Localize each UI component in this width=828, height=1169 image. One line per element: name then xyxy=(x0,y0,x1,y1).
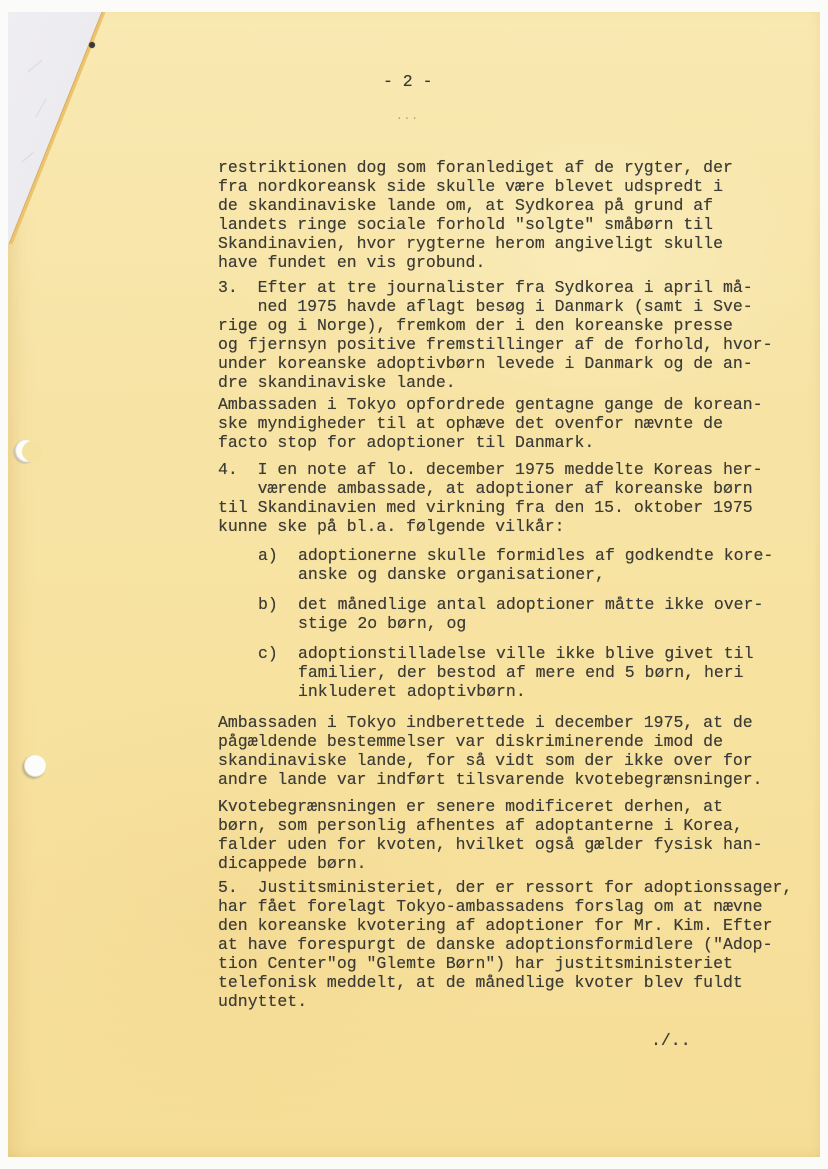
condition-text-c: adoptionstilladelse ville ikke blive giv… xyxy=(298,644,798,701)
condition-text-b: det månedlige antal adoptioner måtte ikk… xyxy=(298,595,798,633)
paragraph-intro: restriktionen dog som foranlediget af de… xyxy=(218,158,828,272)
document-scan: - 2 - ... restriktionen dog som foranled… xyxy=(0,0,828,1169)
continuation-mark: ./.. xyxy=(651,1031,691,1050)
condition-marker-b: b) xyxy=(258,595,298,614)
typewritten-content: - 2 - ... restriktionen dog som foranled… xyxy=(0,0,828,1169)
paragraph-point-3: 3. Efter at tre journalister fra Sydkore… xyxy=(218,278,828,392)
paragraph-quota-modification: Kvotebegrænsningen er senere modificeret… xyxy=(218,797,828,873)
paragraph-tokyo-report: Ambassaden i Tokyo indberettede i decemb… xyxy=(218,713,828,789)
paragraph-tokyo-appeal: Ambassaden i Tokyo opfordrede gentagne g… xyxy=(218,395,828,452)
paragraph-point-5: 5. Justitsministeriet, der er ressort fo… xyxy=(218,878,828,1011)
ink-smudge: ... xyxy=(396,108,419,127)
condition-item-c: c) adoptionstilladelse ville ikke blive … xyxy=(258,644,798,701)
condition-text-a: adoptionerne skulle formidles af godkend… xyxy=(298,546,798,584)
condition-item-a: a) adoptionerne skulle formidles af godk… xyxy=(258,546,798,584)
condition-marker-a: a) xyxy=(258,546,298,565)
page-number: - 2 - xyxy=(383,72,433,91)
condition-marker-c: c) xyxy=(258,644,298,663)
paragraph-point-4: 4. I en note af lo. december 1975 meddel… xyxy=(218,460,828,536)
condition-item-b: b) det månedlige antal adoptioner måtte … xyxy=(258,595,798,633)
